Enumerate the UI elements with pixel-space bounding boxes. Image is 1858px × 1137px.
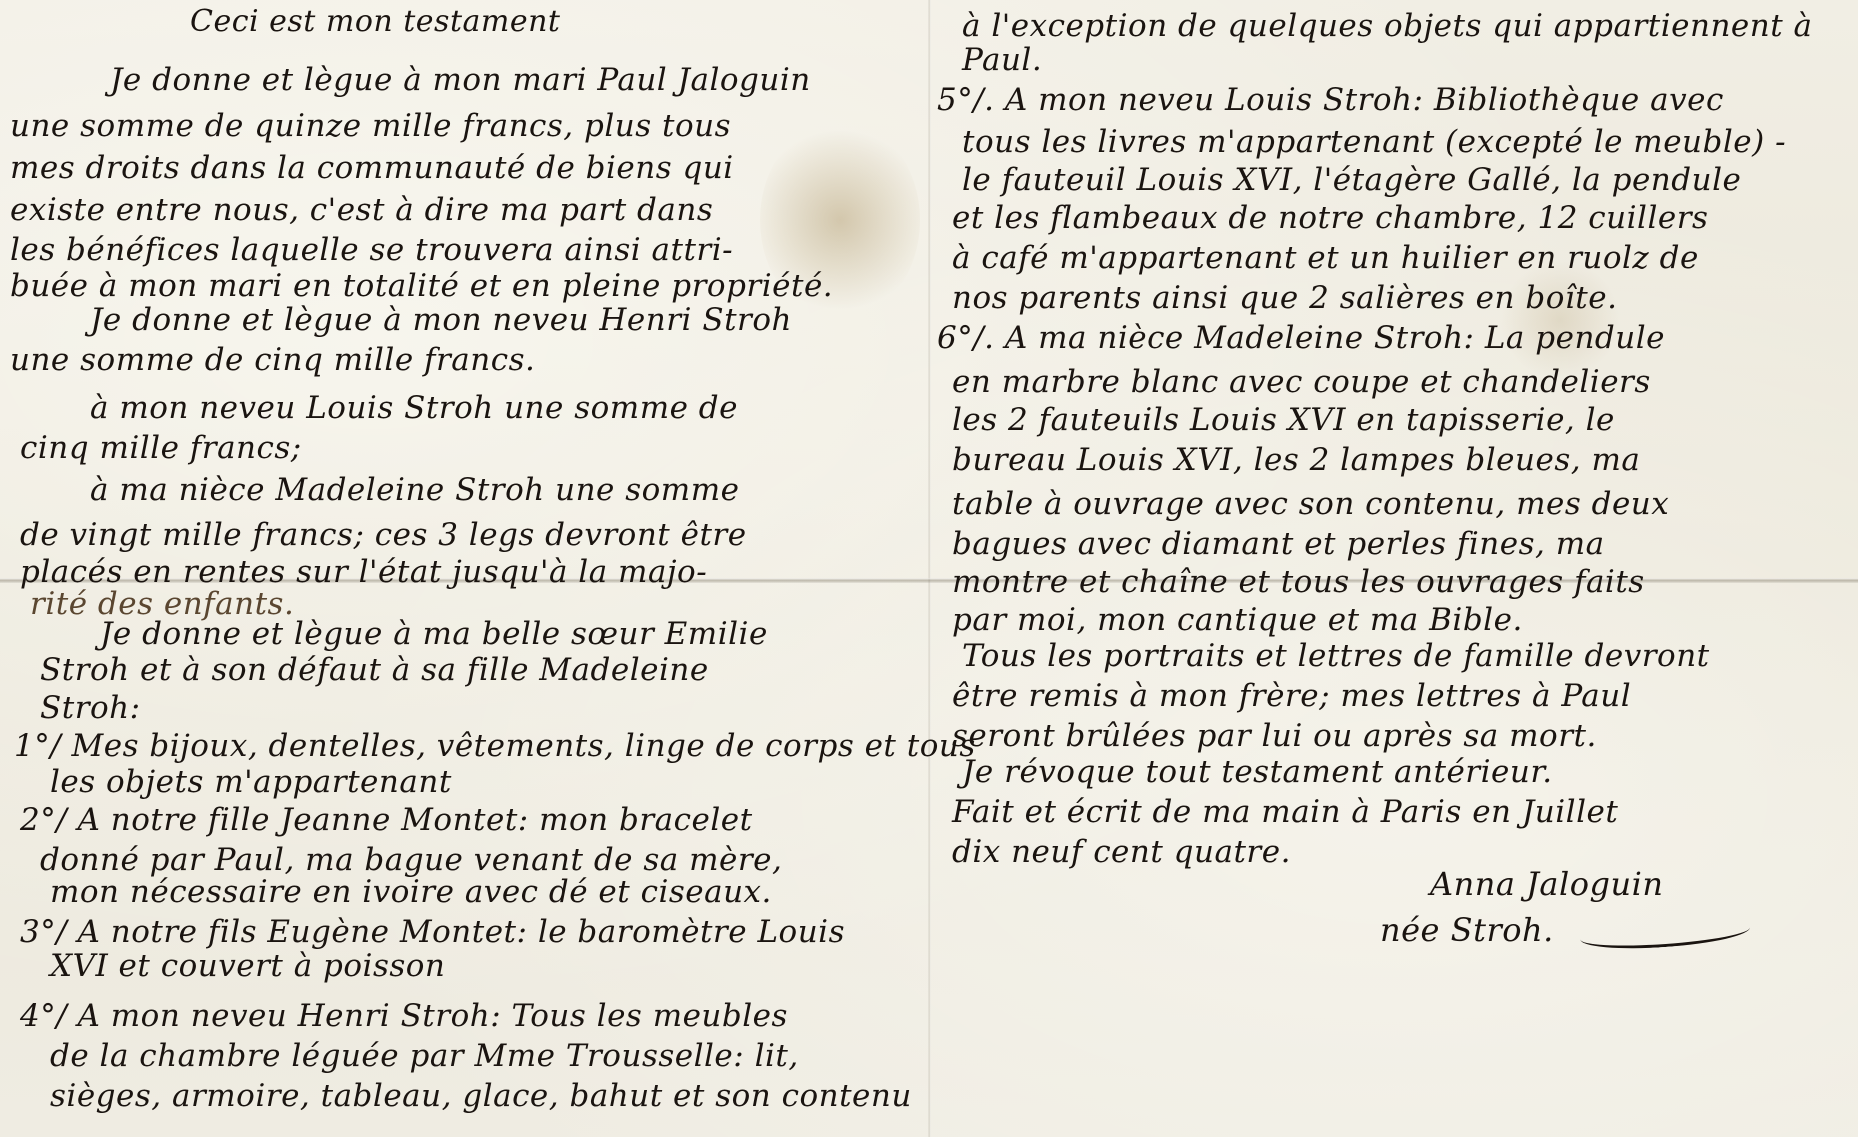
text-line: à mon neveu Louis Stroh une somme de [90, 388, 738, 428]
list-item-5: 5°/. A mon neveu Louis Stroh: Bibliothèq… [937, 80, 1724, 120]
text-line: Je révoque tout testament antérieur. [962, 752, 1553, 792]
text-line: montre et chaîne et tous les ouvrages fa… [952, 562, 1645, 602]
text-line: Je donne et lègue à mon mari Paul Jalogu… [110, 60, 811, 100]
text-line: une somme de quinze mille francs, plus t… [10, 106, 731, 146]
text-line: Tous les portraits et lettres de famille… [962, 636, 1710, 676]
text-line: existe entre nous, c'est à dire ma part … [10, 190, 713, 230]
signature-flourish [1579, 914, 1750, 953]
list-item-2: 2°/ A notre fille Jeanne Montet: mon bra… [20, 800, 753, 840]
text-line: seront brûlées par lui ou après sa mort. [952, 716, 1597, 756]
text-line: nos parents ainsi que 2 salières en boît… [952, 278, 1617, 318]
text-line: le fauteuil Louis XVI, l'étagère Gallé, … [962, 160, 1741, 200]
testament-page: Ceci est mon testament Je donne et lègue… [0, 0, 1858, 1137]
text-line: les 2 fauteuils Louis XVI en tapisserie,… [952, 400, 1615, 440]
text-line: par moi, mon cantique et ma Bible. [952, 600, 1523, 640]
list-item-4: 4°/ A mon neveu Henri Stroh: Tous les me… [20, 996, 788, 1036]
text-line: une somme de cinq mille francs. [10, 340, 535, 380]
text-line: et les flambeaux de notre chambre, 12 cu… [952, 198, 1708, 238]
text-line: Je donne et lègue à ma belle sœur Emilie [100, 614, 768, 654]
text-line: les objets m'appartenant [50, 762, 452, 802]
text-line: à café m'appartenant et un huilier en ru… [952, 238, 1699, 278]
document-title: Ceci est mon testament [190, 2, 560, 42]
text-line: les bénéfices laquelle se trouvera ainsi… [10, 230, 733, 270]
list-item-6: 6°/. A ma nièce Madeleine Stroh: La pend… [937, 318, 1665, 358]
text-line: Paul. [962, 40, 1042, 80]
text-line: à ma nièce Madeleine Stroh une somme [90, 470, 739, 510]
text-line: Stroh: [40, 688, 141, 728]
text-line: de vingt mille francs; ces 3 legs devron… [20, 515, 747, 555]
text-line: Stroh et à son défaut à sa fille Madelei… [40, 650, 709, 690]
text-line: bureau Louis XVI, les 2 lampes bleues, m… [952, 440, 1640, 480]
signature-name: Anna Jaloguin [1430, 864, 1663, 904]
text-line: à l'exception de quelques objets qui app… [962, 6, 1813, 46]
text-line: mon nécessaire en ivoire avec dé et cise… [50, 872, 772, 912]
text-line: Je donne et lègue à mon neveu Henri Stro… [90, 300, 792, 340]
text-line: bagues avec diamant et perles fines, ma [952, 524, 1605, 564]
text-line: sièges, armoire, tableau, glace, bahut e… [50, 1076, 912, 1116]
text-line: table à ouvrage avec son contenu, mes de… [952, 484, 1669, 524]
list-item-1: 1°/ Mes bijoux, dentelles, vêtements, li… [14, 726, 976, 766]
text-line: de la chambre léguée par Mme Trousselle:… [50, 1036, 799, 1076]
vertical-fold-crease [928, 0, 931, 1137]
text-line: tous les livres m'appartenant (excepté l… [962, 122, 1786, 162]
text-line: XVI et couvert à poisson [50, 946, 445, 986]
text-line: cinq mille francs; [20, 428, 302, 468]
text-line: dix neuf cent quatre. [952, 832, 1291, 872]
signature-maiden-name: née Stroh. [1380, 910, 1554, 950]
text-line: mes droits dans la communauté de biens q… [10, 148, 734, 188]
text-line: en marbre blanc avec coupe et chandelier… [952, 362, 1651, 402]
text-line: être remis à mon frère; mes lettres à Pa… [952, 676, 1631, 716]
text-line: Fait et écrit de ma main à Paris en Juil… [952, 792, 1618, 832]
